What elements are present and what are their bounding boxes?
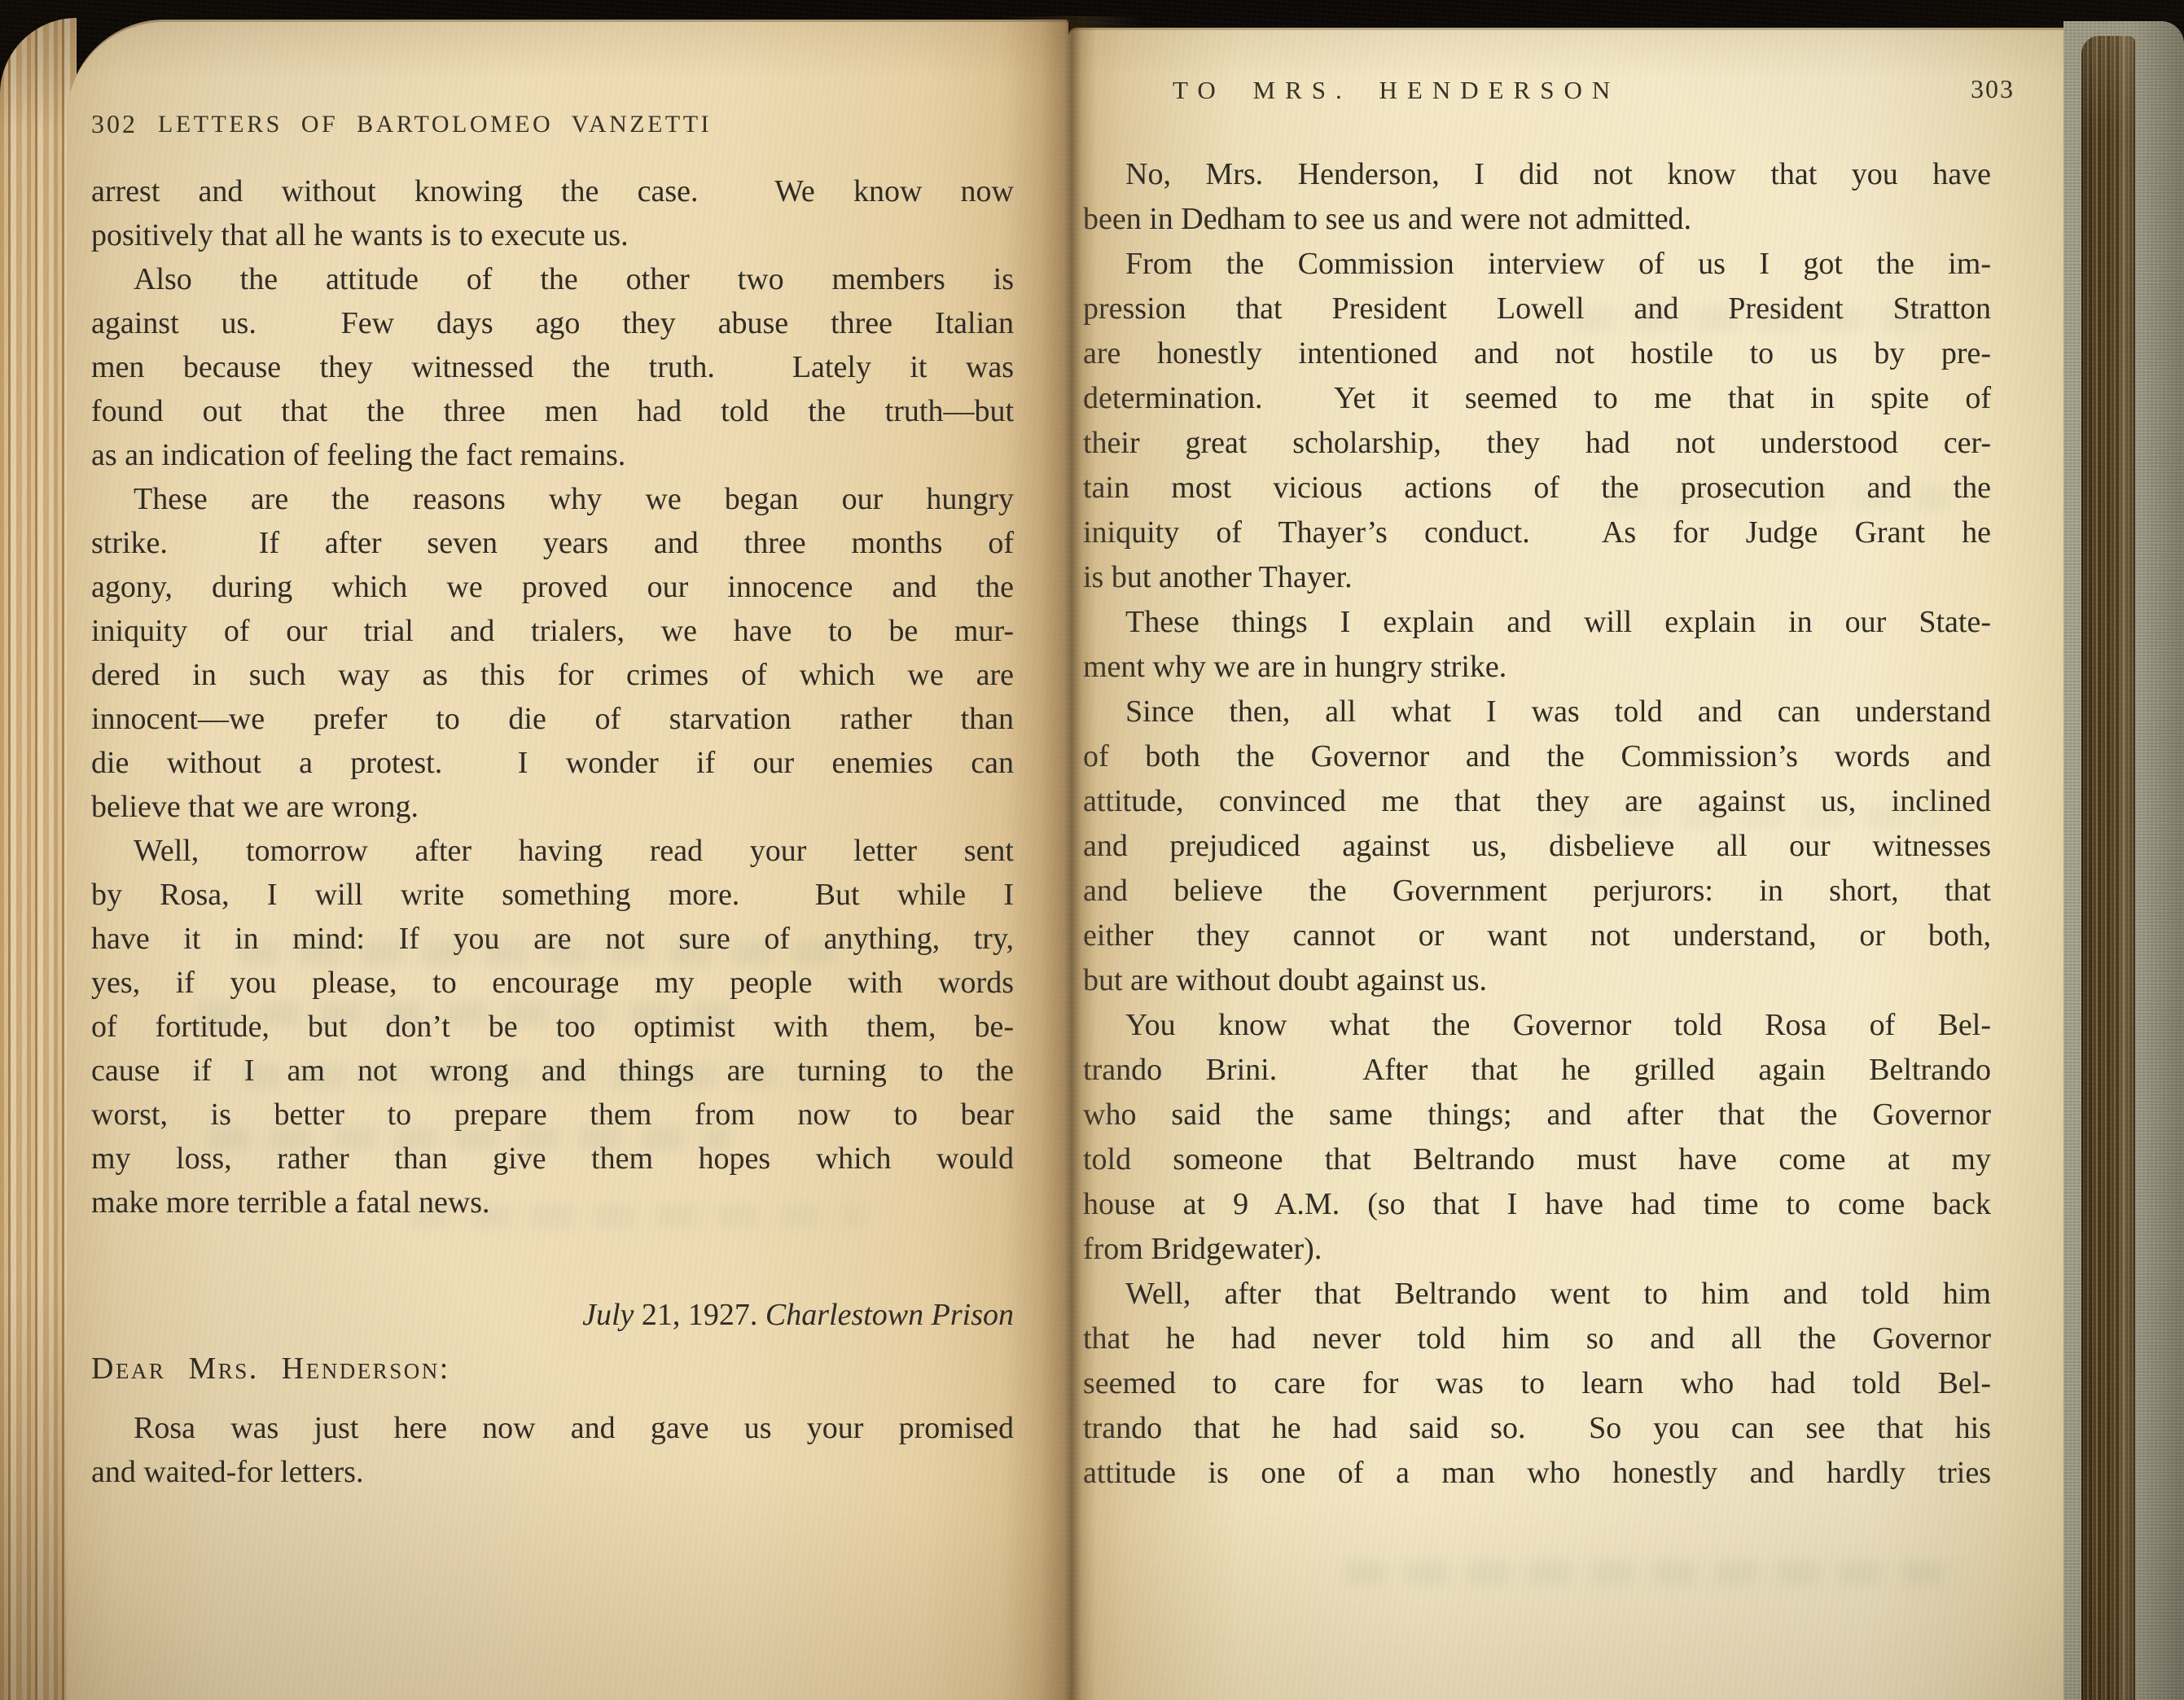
text-line: their great scholarship, they had not un…	[1083, 421, 1991, 466]
text-line: and believe the Government perjurors: in…	[1083, 869, 1991, 914]
text-line: of fortitude, but don’t be too optimist …	[91, 1005, 1014, 1049]
text-line: dered in such way as this for crimes of …	[91, 653, 1014, 697]
text-line: against us. Few days ago they abuse thre…	[91, 301, 1014, 345]
dateline-part: 21, 1927.	[634, 1298, 765, 1332]
text-line: yes, if you please, to encourage my peop…	[91, 961, 1014, 1005]
text-line: that he had never told him so and all th…	[1083, 1317, 1991, 1361]
text-line: found out that the three men had told th…	[91, 389, 1014, 433]
text-line: believe that we are wrong.	[91, 785, 1014, 829]
text-line: determination. Yet it seemed to me that …	[1083, 376, 1991, 421]
text-line: trando Brini. After that he grilled agai…	[1083, 1048, 1991, 1093]
text-line: worst, is better to prepare them from no…	[91, 1093, 1014, 1137]
left-page-edge-stack	[0, 18, 77, 1700]
dateline-italic-part: Charlestown Prison	[765, 1298, 1014, 1332]
text-line: who said the same things; and after that…	[1083, 1093, 1991, 1137]
text-line: of both the Governor and the Commission’…	[1083, 734, 1991, 779]
text-line: No, Mrs. Henderson, I did not know that …	[1083, 152, 1991, 197]
left-page: 302 LETTERS OF BARTOLOMEO VANZETTI arres…	[67, 20, 1068, 1700]
page-number-left: 302	[91, 109, 138, 139]
text-line: as an indication of feeling the fact rem…	[91, 433, 1014, 477]
text-line: iniquity of Thayer’s conduct. As for Jud…	[1083, 510, 1991, 555]
text-line: been in Dedham to see us and were not ad…	[1083, 197, 1991, 242]
text-line: trando that he had said so. So you can s…	[1083, 1406, 1991, 1451]
text-line: house at 9 A.M. (so that I have had time…	[1083, 1182, 1991, 1227]
text-line: These are the reasons why we began our h…	[91, 477, 1014, 521]
text-line: seemed to care for was to learn who had …	[1083, 1361, 1991, 1406]
text-line: strike. If after seven years and three m…	[91, 521, 1014, 565]
text-line: and waited-for letters.	[91, 1450, 1014, 1494]
show-through-smudge	[1345, 1561, 1964, 1585]
letter-body: arrest and without knowing the case. We …	[91, 169, 1014, 1225]
text-line: Rosa was just here now and gave us your …	[91, 1406, 1014, 1450]
text-line: pression that President Lowell and Presi…	[1083, 287, 1991, 331]
text-line: ment why we are in hungry strike.	[1083, 645, 1991, 690]
text-line: innocent—we prefer to die of starvation …	[91, 697, 1014, 741]
text-line: have it in mind: If you are not sure of …	[91, 917, 1014, 961]
open-book-photo: 302 LETTERS OF BARTOLOMEO VANZETTI arres…	[0, 0, 2184, 1700]
text-line: and prejudiced against us, disbelieve al…	[1083, 824, 1991, 869]
text-line: attitude is one of a man who honestly an…	[1083, 1451, 1991, 1496]
right-page: TO MRS. HENDERSON 303 No, Mrs. Henderson…	[1068, 28, 2088, 1700]
text-line: either they cannot or want not understan…	[1083, 914, 1991, 958]
text-line: From the Commission interview of us I go…	[1083, 242, 1991, 287]
text-line: is but another Thayer.	[1083, 555, 1991, 600]
text-line: Well, after that Beltrando went to him a…	[1083, 1272, 1991, 1317]
dateline-italic-part: July	[582, 1298, 634, 1332]
text-line: attitude, convinced me that they are aga…	[1083, 779, 1991, 824]
letter-salutation: Dear Mrs. Henderson:	[91, 1351, 1014, 1387]
text-line: You know what the Governor told Rosa of …	[1083, 1003, 1991, 1048]
text-line: cause if I am not wrong and things are t…	[91, 1049, 1014, 1093]
text-line: told someone that Beltrando must have co…	[1083, 1137, 1991, 1182]
text-line: arrest and without knowing the case. We …	[91, 169, 1014, 213]
text-line: by Rosa, I will write something more. Bu…	[91, 873, 1014, 917]
text-line: men because they witnessed the truth. La…	[91, 345, 1014, 389]
text-line: die without a protest. I wonder if our e…	[91, 741, 1014, 785]
text-line: my loss, rather than give them hopes whi…	[91, 1137, 1014, 1181]
text-line: tain most vicious actions of the prosecu…	[1083, 466, 1991, 510]
text-line: positively that all he wants is to execu…	[91, 213, 1014, 257]
text-line: iniquity of our trial and trialers, we h…	[91, 609, 1014, 653]
running-title-right: TO MRS. HENDERSON	[1173, 76, 1620, 105]
letter-body-continued: Rosa was just here now and gave us your …	[91, 1406, 1014, 1494]
running-title-left: LETTERS OF BARTOLOMEO VANZETTI	[158, 111, 712, 138]
letter-body: No, Mrs. Henderson, I did not know that …	[1083, 152, 1991, 1496]
text-line: Also the attitude of the other two membe…	[91, 257, 1014, 301]
fore-edge-pages	[2081, 36, 2135, 1700]
text-line: but are without doubt against us.	[1083, 958, 1991, 1003]
text-line: are honestly intentioned and not hostile…	[1083, 331, 1991, 376]
text-line: These things I explain and will explain …	[1083, 600, 1991, 645]
text-line: make more terrible a fatal news.	[91, 1181, 1014, 1225]
text-line: agony, during which we proved our innoce…	[91, 565, 1014, 609]
text-line: from Bridgewater).	[1083, 1227, 1991, 1272]
text-line: Since then, all what I was told and can …	[1083, 690, 1991, 734]
letter-dateline: July 21, 1927. Charlestown Prison	[91, 1297, 1014, 1333]
page-number-right: 303	[1971, 74, 2015, 104]
text-line: Well, tomorrow after having read your le…	[91, 829, 1014, 873]
